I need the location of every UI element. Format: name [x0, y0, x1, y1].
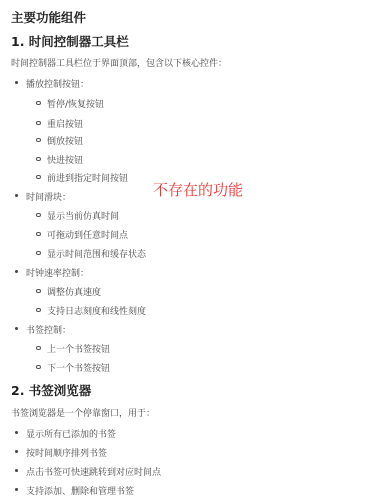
list-item: 重启按钮 [47, 117, 83, 130]
bullet-icon [36, 157, 41, 162]
bullet-icon [36, 138, 41, 143]
list-item: 前进到指定时间按钮 [47, 171, 128, 184]
list-item: 可拖动到任意时间点 [47, 228, 128, 241]
bullet-icon [15, 81, 18, 84]
bullet-icon [36, 232, 41, 237]
list-item: 显示当前仿真时间 [47, 209, 119, 222]
list-item: 倒放按钮 [47, 134, 83, 147]
bullet-icon [36, 175, 41, 180]
section-1-intro: 时间控制器工具栏位于界面顶部，包含以下核心控件： [11, 56, 227, 69]
list-item: 点击书签可快速跳转到对应时间点 [26, 465, 161, 478]
main-heading: 主要功能组件 [11, 8, 86, 26]
list-item: 显示时间范围和缓存状态 [47, 247, 146, 260]
list-item: 快进按钮 [47, 153, 83, 166]
list-item: 上一个书签按钮 [47, 342, 110, 355]
bullet-icon [36, 101, 41, 106]
bullet-icon [15, 450, 18, 453]
bullet-icon [36, 308, 41, 313]
bullet-icon [15, 327, 18, 330]
section-1-title: 1. 时间控制器工具栏 [11, 32, 129, 50]
bullet-icon [36, 289, 41, 294]
list-item: 支持添加、删除和管理书签 [26, 484, 134, 497]
section-2-title: 2. 书签浏览器 [11, 381, 91, 399]
bullet-icon [36, 121, 41, 126]
section-2-intro: 书签浏览器是一个停靠窗口，用于： [11, 406, 155, 419]
bullet-icon [36, 213, 41, 218]
list-item: 暂停/恢复按钮 [47, 97, 104, 110]
list-item: 调整仿真速度 [47, 285, 101, 298]
bullet-icon [15, 270, 18, 273]
list-item: 显示所有已添加的书签 [26, 427, 116, 440]
list-item: 时钟速率控制： [26, 266, 89, 279]
list-item: 书签控制： [26, 323, 71, 336]
bullet-icon [15, 194, 18, 197]
bullet-icon [36, 346, 41, 351]
bullet-icon [15, 431, 18, 434]
bullet-icon [15, 469, 18, 472]
bullet-icon [15, 488, 18, 491]
list-item: 时间滑块： [26, 190, 71, 203]
list-item: 按时间顺序排列书签 [26, 446, 107, 459]
red-annotation: 不存在的功能 [153, 179, 243, 200]
list-item: 下一个书签按钮 [47, 361, 110, 374]
list-item: 播放控制按钮： [26, 77, 89, 90]
list-item: 支持日志刻度和线性刻度 [47, 304, 146, 317]
bullet-icon [36, 251, 41, 256]
bullet-icon [36, 365, 41, 370]
